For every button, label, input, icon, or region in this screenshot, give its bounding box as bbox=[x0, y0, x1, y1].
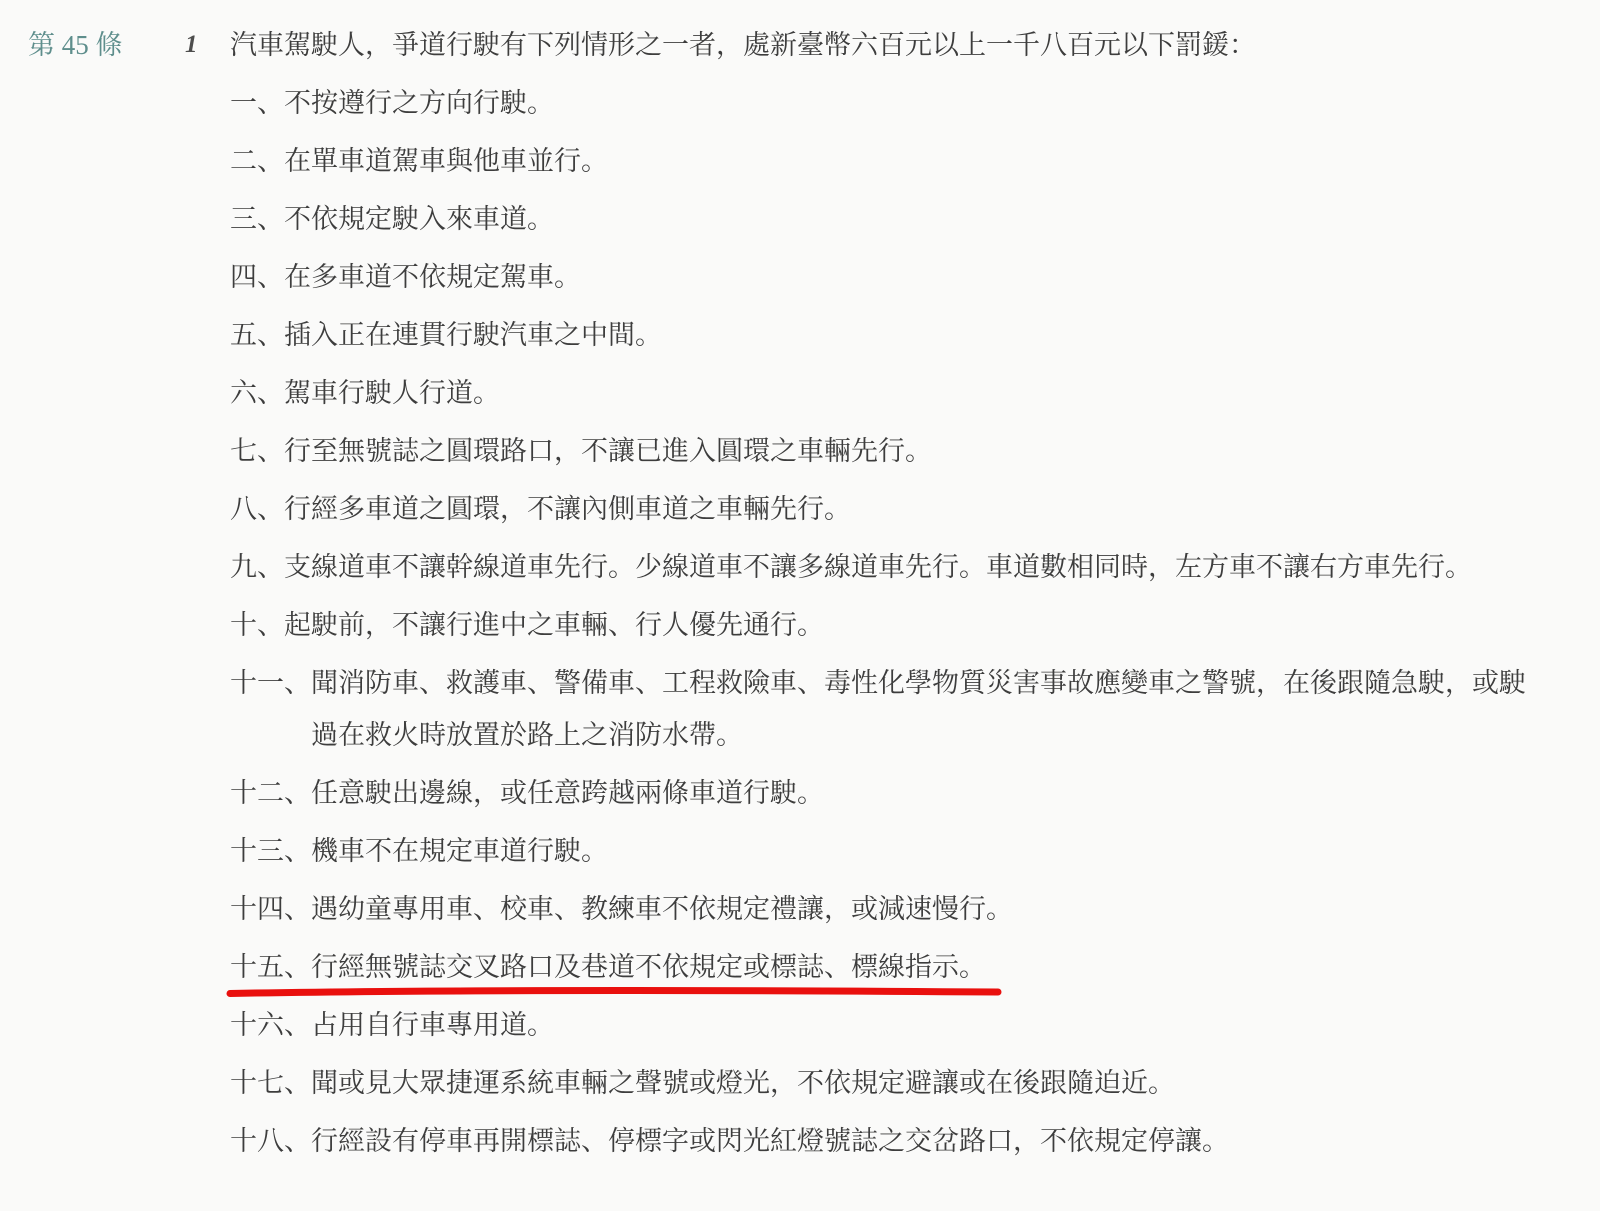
paragraph-intro-text: 汽車駕駛人，爭道行駛有下列情形之一者，處新臺幣六百元以上一千八百元以下罰鍰： bbox=[230, 19, 1531, 71]
list-item: 十六、占用自行車專用道。 bbox=[230, 999, 1531, 1051]
article-row: 第 45 條 1 汽車駕駛人，爭道行駛有下列情形之一者，處新臺幣六百元以上一千八… bbox=[28, 19, 1600, 1173]
item-number: 十三、 bbox=[230, 825, 311, 877]
list-item: 十三、機車不在規定車道行駛。 bbox=[230, 825, 1531, 877]
list-item: 六、駕車行駛人行道。 bbox=[230, 367, 1531, 419]
list-item: 十一、聞消防車、救護車、警備車、工程救險車、毒性化學物質災害事故應變車之警號，在… bbox=[230, 657, 1531, 761]
item-number: 六、 bbox=[230, 367, 284, 419]
item-number: 十四、 bbox=[230, 883, 311, 935]
item-text: 駕車行駛人行道。 bbox=[284, 367, 1531, 419]
item-text: 行經設有停車再開標誌、停標字或閃光紅燈號誌之交岔路口，不依規定停讓。 bbox=[311, 1115, 1531, 1167]
item-number: 八、 bbox=[230, 483, 284, 535]
item-text: 行至無號誌之圓環路口，不讓已進入圓環之車輛先行。 bbox=[284, 425, 1531, 477]
list-item: 十四、遇幼童專用車、校車、教練車不依規定禮讓，或減速慢行。 bbox=[230, 883, 1531, 935]
list-item: 十八、行經設有停車再開標誌、停標字或閃光紅燈號誌之交岔路口，不依規定停讓。 bbox=[230, 1115, 1531, 1167]
item-number: 十七、 bbox=[230, 1057, 311, 1109]
list-item: 九、支線道車不讓幹線道車先行。少線道車不讓多線道車先行。車道數相同時，左方車不讓… bbox=[230, 541, 1531, 593]
article-number[interactable]: 第 45 條 bbox=[28, 19, 185, 71]
list-item: 五、插入正在連貫行駛汽車之中間。 bbox=[230, 309, 1531, 361]
law-article-page: 第 45 條 1 汽車駕駛人，爭道行駛有下列情形之一者，處新臺幣六百元以上一千八… bbox=[0, 0, 1600, 1173]
list-item: 八、行經多車道之圓環，不讓內側車道之車輛先行。 bbox=[230, 483, 1531, 535]
item-text: 聞消防車、救護車、警備車、工程救險車、毒性化學物質災害事故應變車之警號，在後跟隨… bbox=[311, 657, 1531, 761]
item-number: 二、 bbox=[230, 135, 284, 187]
item-text: 機車不在規定車道行駛。 bbox=[311, 825, 1531, 877]
item-number: 十一、 bbox=[230, 657, 311, 761]
list-item: 四、在多車道不依規定駕車。 bbox=[230, 251, 1531, 303]
item-text: 行經無號誌交叉路口及巷道不依規定或標誌、標線指示。 bbox=[311, 941, 1531, 993]
list-item: 七、行至無號誌之圓環路口，不讓已進入圓環之車輛先行。 bbox=[230, 425, 1531, 477]
list-item: 十五、行經無號誌交叉路口及巷道不依規定或標誌、標線指示。 bbox=[230, 941, 1531, 993]
list-item: 三、不依規定駛入來車道。 bbox=[230, 193, 1531, 245]
item-number: 十五、 bbox=[230, 941, 311, 993]
item-number: 十六、 bbox=[230, 999, 311, 1051]
list-item: 十、起駛前，不讓行進中之車輛、行人優先通行。 bbox=[230, 599, 1531, 651]
item-number: 四、 bbox=[230, 251, 284, 303]
item-text: 不依規定駛入來車道。 bbox=[284, 193, 1531, 245]
item-text: 插入正在連貫行駛汽車之中間。 bbox=[284, 309, 1531, 361]
list-item: 二、在單車道駕車與他車並行。 bbox=[230, 135, 1531, 187]
article-content: 汽車駕駛人，爭道行駛有下列情形之一者，處新臺幣六百元以上一千八百元以下罰鍰： 一… bbox=[230, 19, 1531, 1173]
paragraph-number: 1 bbox=[185, 19, 230, 71]
list-item: 一、不按遵行之方向行駛。 bbox=[230, 77, 1531, 129]
item-text: 任意駛出邊線，或任意跨越兩條車道行駛。 bbox=[311, 767, 1531, 819]
item-list: 一、不按遵行之方向行駛。二、在單車道駕車與他車並行。三、不依規定駛入來車道。四、… bbox=[230, 77, 1531, 1167]
item-number: 十二、 bbox=[230, 767, 311, 819]
list-item: 十七、聞或見大眾捷運系統車輛之聲號或燈光，不依規定避讓或在後跟隨迫近。 bbox=[230, 1057, 1531, 1109]
item-number: 五、 bbox=[230, 309, 284, 361]
item-text: 行經多車道之圓環，不讓內側車道之車輛先行。 bbox=[284, 483, 1531, 535]
item-text: 在多車道不依規定駕車。 bbox=[284, 251, 1531, 303]
item-number: 七、 bbox=[230, 425, 284, 477]
item-text: 占用自行車專用道。 bbox=[311, 999, 1531, 1051]
item-text: 起駛前，不讓行進中之車輛、行人優先通行。 bbox=[284, 599, 1531, 651]
item-text: 在單車道駕車與他車並行。 bbox=[284, 135, 1531, 187]
item-text: 支線道車不讓幹線道車先行。少線道車不讓多線道車先行。車道數相同時，左方車不讓右方… bbox=[284, 541, 1531, 593]
list-item: 十二、任意駛出邊線，或任意跨越兩條車道行駛。 bbox=[230, 767, 1531, 819]
item-number: 三、 bbox=[230, 193, 284, 245]
item-text: 不按遵行之方向行駛。 bbox=[284, 77, 1531, 129]
item-number: 一、 bbox=[230, 77, 284, 129]
item-text: 聞或見大眾捷運系統車輛之聲號或燈光，不依規定避讓或在後跟隨迫近。 bbox=[311, 1057, 1531, 1109]
item-number: 十八、 bbox=[230, 1115, 311, 1167]
item-number: 九、 bbox=[230, 541, 284, 593]
item-text: 遇幼童專用車、校車、教練車不依規定禮讓，或減速慢行。 bbox=[311, 883, 1531, 935]
item-number: 十、 bbox=[230, 599, 284, 651]
